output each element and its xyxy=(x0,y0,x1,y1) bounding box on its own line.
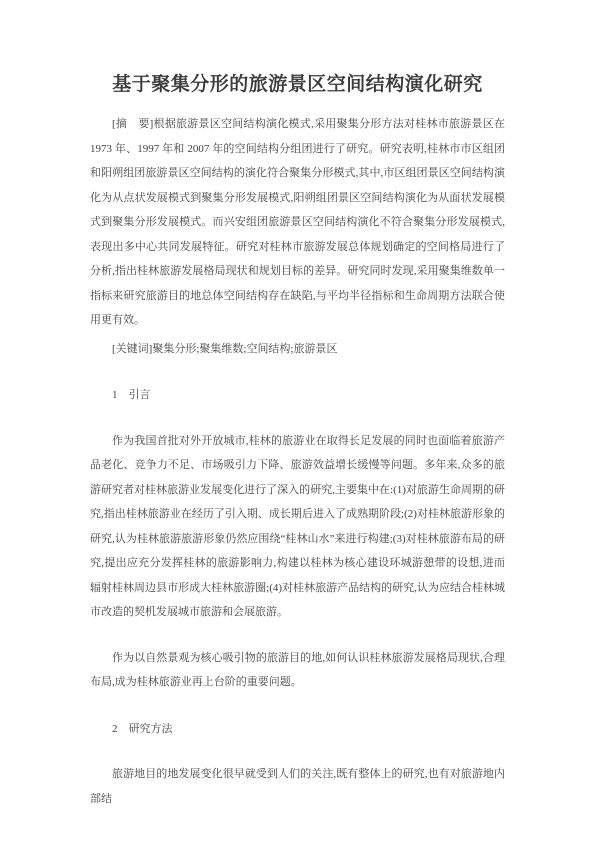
introduction-paragraph-1: 作为我国首批对外开放城市,桂林的旅游业在取得长足发展的同时也面临着旅游产品老化、… xyxy=(90,429,505,625)
paper-page: 基于聚集分形的旅游景区空间结构演化研究 [摘 要]根据旅游景区空间结构演化模式,… xyxy=(0,0,595,842)
abstract-paragraph: [摘 要]根据旅游景区空间结构演化模式,采用聚集分形方法对桂林市旅游景区在 19… xyxy=(90,112,505,333)
methods-paragraph-1: 旅游地目的地发展变化很早就受到人们的关注,既有整体上的研究,也有对旅游地内部结 xyxy=(90,762,505,811)
keywords-line: [关键词]聚集分形;聚集维数;空间结构;旅游景区 xyxy=(90,337,505,362)
paper-title: 基于聚集分形的旅游景区空间结构演化研究 xyxy=(90,0,505,100)
section-heading-introduction: 1 引言 xyxy=(90,383,505,408)
section-heading-methods: 2 研究方法 xyxy=(90,717,505,742)
introduction-paragraph-2: 作为以自然景观为核心吸引物的旅游目的地,如何认识桂林旅游发展格局现状,合理布局,… xyxy=(90,646,505,695)
